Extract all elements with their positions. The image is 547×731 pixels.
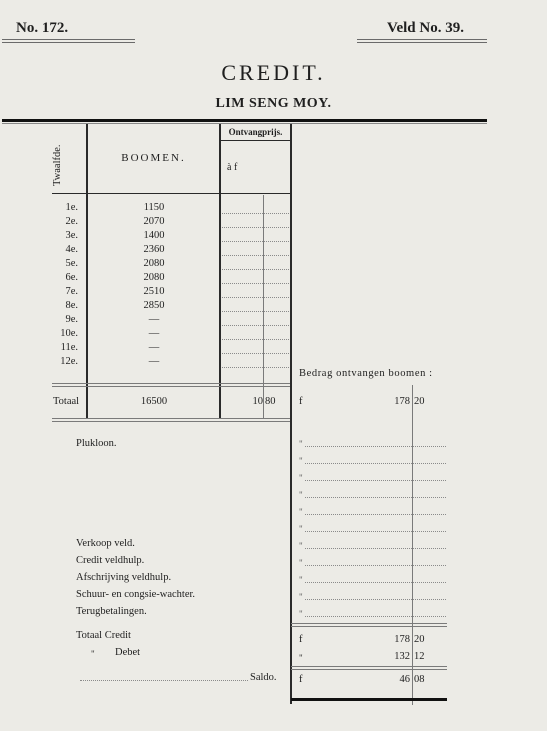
- price-dotline: [222, 297, 289, 298]
- total-credit-label: Totaal Credit: [76, 630, 131, 641]
- ditto-mark: ": [299, 439, 303, 449]
- debet-dec: 12: [414, 651, 425, 662]
- total-bottom-rule: [52, 418, 290, 422]
- entry-dotline: [305, 565, 446, 566]
- total-label: Totaal: [53, 396, 79, 407]
- saldo-int: 46: [380, 674, 410, 685]
- saldo-dotline: [80, 680, 248, 681]
- ditto-mark: ": [299, 541, 303, 551]
- field-number: Veld No. 39.: [387, 20, 464, 37]
- label-terugbetalingen: Terugbetalingen.: [76, 606, 147, 617]
- header-rule-right: [357, 39, 487, 43]
- period-label: 10e.: [40, 328, 78, 339]
- total-price-int: 10: [249, 396, 263, 407]
- column-header-period: Twaalfde.: [52, 144, 63, 186]
- period-label: 7e.: [40, 286, 78, 297]
- saldo-currency: f: [299, 674, 303, 685]
- price-dotline: [222, 213, 289, 214]
- trees-value: —: [94, 356, 214, 367]
- trees-value: 2080: [94, 272, 214, 283]
- entry-dotline: [305, 531, 446, 532]
- page-title: CREDIT.: [0, 60, 547, 86]
- entry-dotline: [305, 582, 446, 583]
- label-schuur-wachter: Schuur- en congsie-wachter.: [76, 589, 195, 600]
- trees-value: 2070: [94, 216, 214, 227]
- entry-dotline: [305, 548, 446, 549]
- ditto-mark: ": [299, 507, 303, 517]
- bottom-heavy-rule: [291, 698, 447, 701]
- table-divider-period: [86, 124, 88, 419]
- trees-value: —: [94, 342, 214, 353]
- saldo-dec: 08: [414, 674, 425, 685]
- header-rule-left: [2, 39, 135, 43]
- entry-dotline: [305, 514, 446, 515]
- top-heavy-rule: [2, 119, 487, 122]
- debet-ditto: ": [91, 649, 95, 659]
- period-label: 6e.: [40, 272, 78, 283]
- entry-dotline: [305, 480, 446, 481]
- entry-dotline: [305, 497, 446, 498]
- label-plukloon: Plukloon.: [76, 438, 117, 449]
- price-dotline: [222, 241, 289, 242]
- price-dotline: [222, 283, 289, 284]
- received-currency: f: [299, 396, 303, 407]
- price-dotline: [222, 269, 289, 270]
- period-label: 12e.: [40, 356, 78, 367]
- debet-currency: ": [299, 653, 303, 663]
- price-dotline: [222, 325, 289, 326]
- price-dotline: [222, 367, 289, 368]
- trees-value: —: [94, 328, 214, 339]
- period-label: 8e.: [40, 300, 78, 311]
- ditto-mark: ": [299, 524, 303, 534]
- entry-dotline: [305, 463, 446, 464]
- period-label: 11e.: [40, 342, 78, 353]
- credit-currency: f: [299, 634, 303, 645]
- total-top-rule: [52, 383, 290, 387]
- trees-value: 2080: [94, 258, 214, 269]
- amount-cents-divider: [412, 385, 413, 705]
- credit-int: 178: [380, 634, 410, 645]
- total-trees: 16500: [94, 396, 214, 407]
- period-label: 3e.: [40, 230, 78, 241]
- trees-value: 2850: [94, 300, 214, 311]
- table-divider-trees: [219, 124, 221, 419]
- trees-value: 2360: [94, 244, 214, 255]
- trees-value: 1150: [94, 202, 214, 213]
- credit-dec: 20: [414, 634, 425, 645]
- ditto-mark: ": [299, 592, 303, 602]
- entry-dotline: [305, 616, 446, 617]
- account-name: LIM SENG MOY.: [0, 96, 547, 112]
- saldo-label: Saldo.: [250, 672, 277, 683]
- period-label: 9e.: [40, 314, 78, 325]
- ditto-mark: ": [299, 490, 303, 500]
- trees-value: 2510: [94, 286, 214, 297]
- price-dotline: [222, 255, 289, 256]
- received-label: Bedrag ontvangen boomen :: [299, 368, 433, 379]
- price-unit-label: à f: [227, 162, 237, 173]
- column-header-price: Ontvangprijs.: [221, 127, 290, 137]
- ditto-mark: ": [299, 575, 303, 585]
- received-amount-int: 178: [380, 396, 410, 407]
- entry-dotline: [305, 599, 446, 600]
- price-dotline: [222, 339, 289, 340]
- trees-value: —: [94, 314, 214, 325]
- ditto-mark: ": [299, 558, 303, 568]
- label-verkoop-veld: Verkoop veld.: [76, 538, 135, 549]
- total-price-dec: 80: [265, 396, 276, 407]
- trees-value: 1400: [94, 230, 214, 241]
- entry-dotline: [305, 446, 446, 447]
- saldo-top-rule: [291, 666, 447, 670]
- price-header-rule: [220, 140, 291, 141]
- document-number: No. 172.: [16, 20, 68, 37]
- period-label: 2e.: [40, 216, 78, 227]
- received-amount-dec: 20: [414, 396, 425, 407]
- period-label: 1e.: [40, 202, 78, 213]
- table-divider-main: [290, 124, 292, 704]
- totals-top-rule: [291, 623, 447, 627]
- price-dotline: [222, 353, 289, 354]
- top-thin-rule: [2, 123, 487, 124]
- label-credit-veldhulp: Credit veldhulp.: [76, 555, 144, 566]
- period-label: 5e.: [40, 258, 78, 269]
- ditto-mark: ": [299, 456, 303, 466]
- price-dotline: [222, 311, 289, 312]
- total-debet-label: Debet: [115, 647, 140, 658]
- column-header-trees: BOOMEN.: [88, 152, 219, 164]
- ditto-mark: ": [299, 473, 303, 483]
- debet-int: 132: [380, 651, 410, 662]
- label-afschrijving-veldhulp: Afschrijving veldhulp.: [76, 572, 171, 583]
- ditto-mark: ": [299, 609, 303, 619]
- period-label: 4e.: [40, 244, 78, 255]
- header-bottom-rule: [52, 193, 291, 194]
- price-dotline: [222, 227, 289, 228]
